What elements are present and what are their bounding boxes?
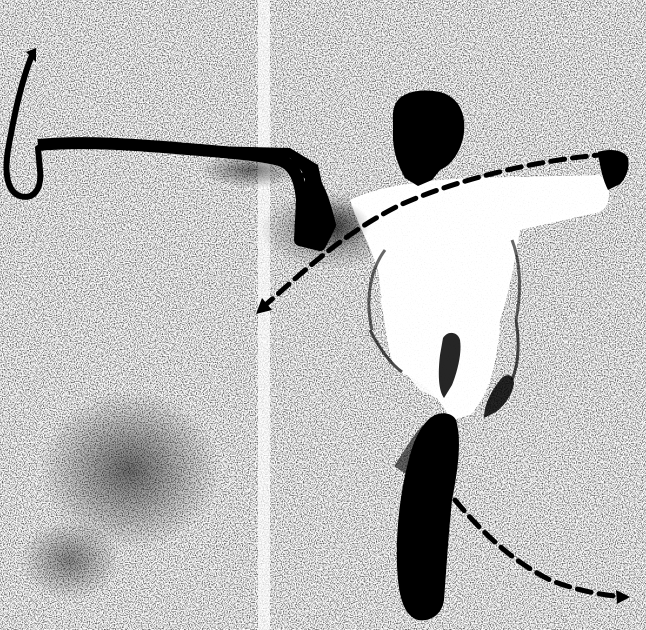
photo xyxy=(0,0,646,630)
photo-canvas xyxy=(0,0,646,630)
